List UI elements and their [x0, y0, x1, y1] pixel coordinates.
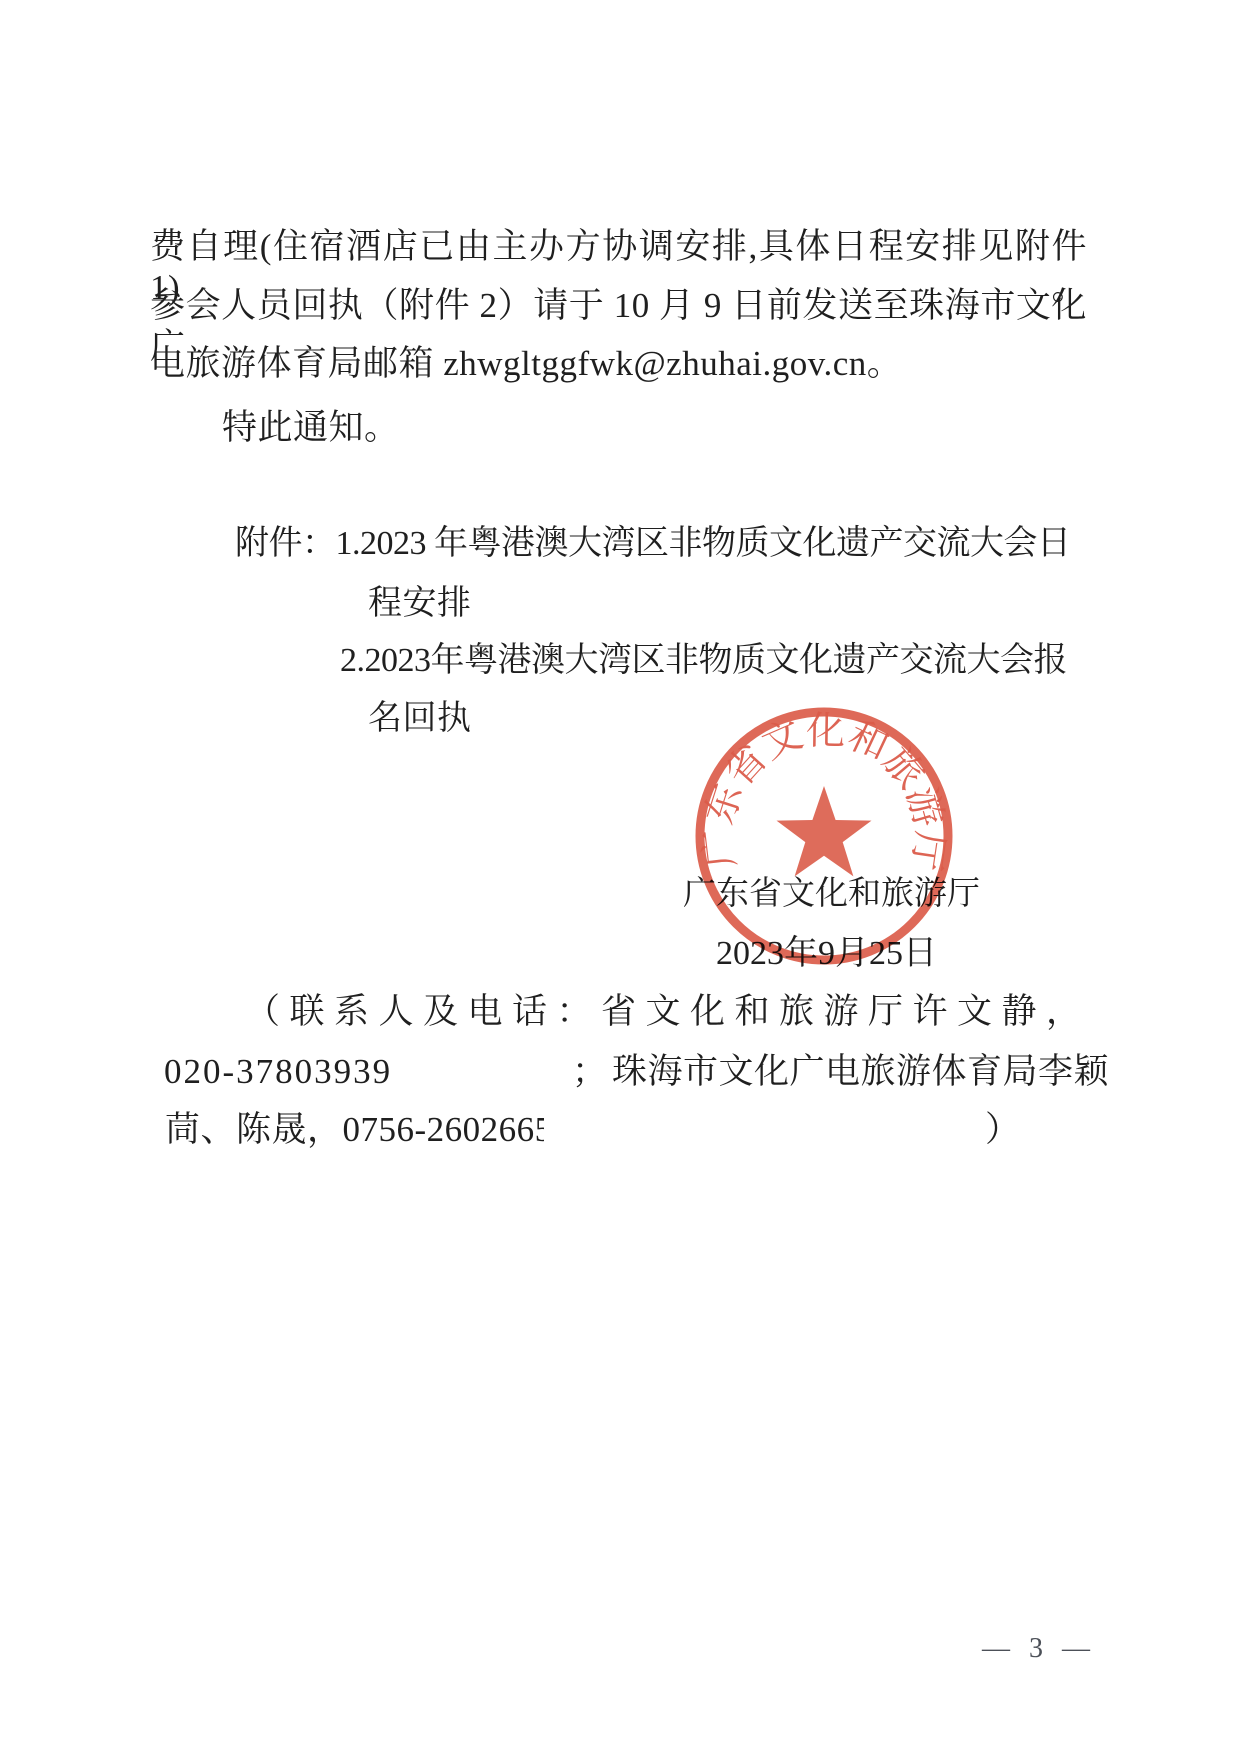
page-number: — 3 — [982, 1633, 1096, 1665]
seal-arc-text: 广东省文化和旅游厅 [697, 710, 952, 874]
document-page: 费自理(住宿酒店已由主办方协调安排,具体日程安排见附件1)。 参会人员回执（附件… [0, 0, 1235, 1755]
attachment-item2-line1: 2.2023年粤港澳大湾区非物质文化遗产交流大会报 [340, 641, 1067, 681]
seal-star-icon [777, 786, 872, 876]
seal-ring [700, 712, 948, 960]
signature-org: 广东省文化和旅游厅 [683, 875, 980, 914]
signature-date: 2023年9月25日 [716, 934, 937, 974]
contact-names-phone-2: 茼、陈晟，0756-260266 [165, 1110, 535, 1149]
contact-line-1: （联系人及电话：省文化和旅游厅许文静， [245, 991, 1091, 1032]
contact-phone-2-clipped-digit: 5 [535, 1109, 544, 1150]
contact-phone-1: 020-37803939 [164, 1051, 392, 1092]
contact-close-paren: ） [985, 1109, 1021, 1150]
official-seal-stamp: 广东省文化和旅游厅 [688, 700, 960, 972]
attachment-item1-line1: 附件：1.2023 年粤港澳大湾区非物质文化遗产交流大会日 [235, 524, 1071, 564]
attachment-item1-line2: 程安排 [368, 584, 472, 624]
body-line-3-email: 电旅游体育局邮箱 zhwgltggfwk@zhuhai.gov.cn。 [150, 343, 902, 384]
contact-line-3: 茼、陈晟，0756-2602665 [165, 1109, 544, 1150]
body-line-4-notice: 特此通知。 [222, 407, 400, 448]
contact-separator: ； [572, 1051, 608, 1092]
contact-line-2-org: 珠海市文化广电旅游体育局李颖 [612, 1051, 1109, 1092]
attachment-item2-line2: 名回执 [368, 699, 472, 739]
